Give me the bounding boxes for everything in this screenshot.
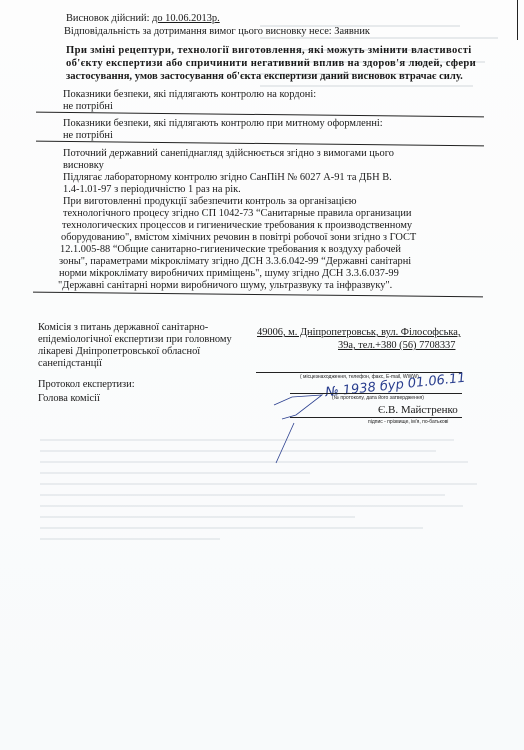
supervision-line-2: висновку <box>63 160 104 172</box>
commission-line-3: лікареві Дніпропетровської обласної <box>38 346 200 358</box>
supervision-line-11: норми мікроклімату виробничих приміщень"… <box>59 268 399 280</box>
divider <box>36 141 484 147</box>
divider <box>33 292 483 298</box>
address-line-2: 39а, тел.+380 (56) 7708337 <box>338 340 455 352</box>
validity-date: до 10.06.2013р. <box>152 13 220 24</box>
commission-line-1: Комісія з питань державної санітарно- <box>38 322 208 334</box>
supervision-line-5: При виготовленні продукції забезпечити к… <box>63 196 357 208</box>
customs-control-label: Показники безпеки, які підлягають контро… <box>63 118 383 130</box>
supervision-line-10: зоны", параметрами мікроклімату згідно Д… <box>59 256 411 268</box>
document-page: Висновок дійсний: до 10.06.2013р. Відпов… <box>0 0 524 750</box>
responsibility-text: Відповідальність за дотримання вимог цьо… <box>64 26 370 38</box>
commission-line-2: епідеміологічної експертизи при головном… <box>38 334 232 346</box>
supervision-line-8: оборудованию", вмістом хімічних речовин … <box>61 232 416 244</box>
head-label: Голова комісії <box>38 393 100 405</box>
signature-mark <box>262 375 342 465</box>
supervision-line-1: Поточний державний санепіднагляд здійсню… <box>63 148 394 160</box>
validity-label: Висновок дійсний: <box>66 13 149 24</box>
supervision-line-9: 12.1.005-88 “Общие санитарно-гигиеническ… <box>60 244 401 256</box>
divider <box>36 112 484 118</box>
warning-line-1: При зміні рецептури, технології виготовл… <box>66 45 472 58</box>
address-line-1: 49006, м. Дніпропетровськ, вул. Філософс… <box>257 327 461 339</box>
head-caption: підпис - прізвище, ім'я, по-батькові <box>368 419 448 425</box>
protocol-label: Протокол експертизи: <box>38 379 135 391</box>
warning-line-3: застосування, умов застосування об'єкта … <box>66 71 463 84</box>
supervision-line-7: технологических процессов и гигиенически… <box>62 220 412 232</box>
supervision-line-3: Підлягає лабораторному контролю згідно С… <box>63 172 392 184</box>
supervision-line-6: технологічного процесу згідно СП 1042-73… <box>63 208 411 220</box>
protocol-caption: (№ протоколу, дата його затвердження) <box>332 395 424 401</box>
validity-row: Висновок дійсний: до 10.06.2013р. <box>66 13 220 25</box>
address-caption-rule <box>256 372 462 373</box>
supervision-line-4: 1.4-1.01-97 з періодичністю 1 раз на рік… <box>63 184 241 196</box>
warning-line-2: об'єкту експертизи або спричинити негати… <box>66 58 476 71</box>
head-name: Є.В. Майстренко <box>378 404 458 416</box>
border-control-label: Показники безпеки, які підлягають контро… <box>63 89 316 101</box>
page-edge-mark <box>517 0 518 40</box>
supervision-line-12: "Державні санітарні норми виробничого шу… <box>58 280 392 292</box>
commission-line-4: санепідстанції <box>38 358 102 370</box>
